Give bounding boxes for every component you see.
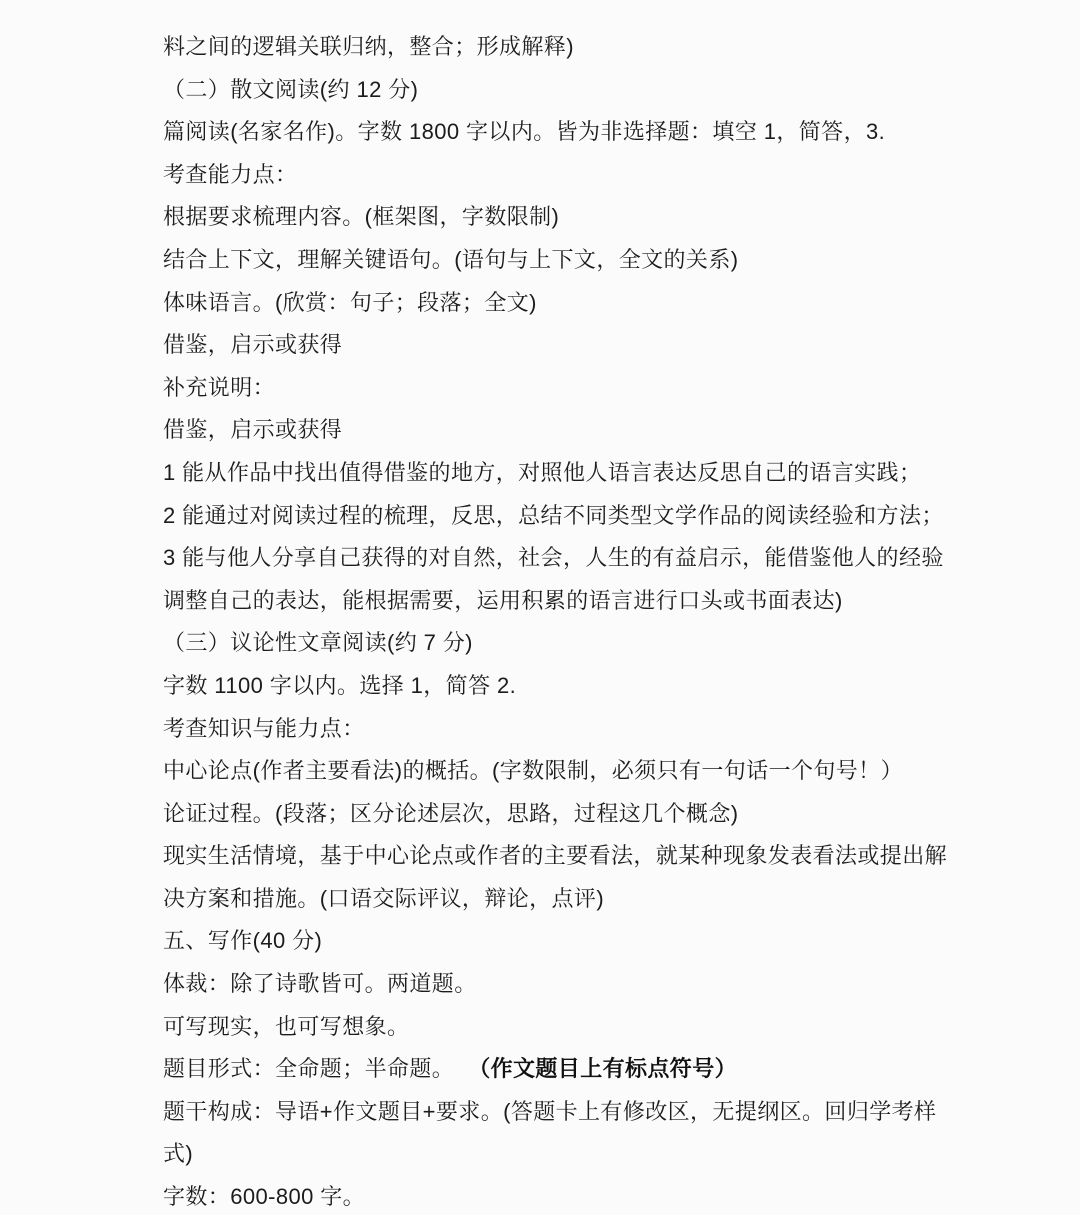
text-line: 篇阅读(名家名作)。字数 1800 字以内。皆为非选择题：填空 1，简答，3. [163, 111, 947, 154]
text-line: 式) [163, 1133, 947, 1176]
text-line: 论证过程。(段落；区分论述层次，思路，过程这几个概念) [163, 793, 947, 836]
line-text: 题目形式：全命题；半命题。 [163, 1056, 454, 1081]
line-text: 调整自己的表达，能根据需要，运用积累的语言进行口头或书面表达) [163, 588, 843, 613]
document-text-block: 料之间的逻辑关联归纳，整合；形成解释)（二）散文阅读(约 12 分)篇阅读(名家… [163, 26, 947, 1215]
line-text: 现实生活情境，基于中心论点或作者的主要看法，就某种现象发表看法或提出解 [163, 843, 947, 868]
text-line: 体裁：除了诗歌皆可。两道题。 [163, 963, 947, 1006]
text-line: 根据要求梳理内容。(框架图，字数限制) [163, 196, 947, 239]
text-line: 补充说明： [163, 367, 947, 410]
text-line: 考查能力点： [163, 154, 947, 197]
document-page: 料之间的逻辑关联归纳，整合；形成解释)（二）散文阅读(约 12 分)篇阅读(名家… [0, 0, 1080, 1215]
line-text: 式) [163, 1141, 193, 1166]
line-text: 篇阅读(名家名作)。字数 1800 字以内。皆为非选择题：填空 1，简答，3. [163, 119, 885, 144]
text-line: 料之间的逻辑关联归纳，整合；形成解释) [163, 26, 947, 69]
line-text: 考查能力点： [163, 162, 297, 187]
line-text: 决方案和措施。(口语交际评议，辩论，点评) [163, 886, 604, 911]
text-line: 现实生活情境，基于中心论点或作者的主要看法，就某种现象发表看法或提出解 [163, 835, 947, 878]
text-line: 体味语言。(欣赏：句子；段落；全文) [163, 282, 947, 325]
line-text: 论证过程。(段落；区分论述层次，思路，过程这几个概念) [163, 801, 738, 826]
text-line: 1 能从作品中找出值得借鉴的地方，对照他人语言表达反思自己的语言实践； [163, 452, 947, 495]
line-text: 考查知识与能力点： [163, 716, 365, 741]
line-text: 2 能通过对阅读过程的梳理，反思，总结不同类型文学作品的阅读经验和方法； [163, 503, 944, 528]
text-line: 2 能通过对阅读过程的梳理，反思，总结不同类型文学作品的阅读经验和方法； [163, 495, 947, 538]
text-line: 中心论点(作者主要看法)的概括。(字数限制，必须只有一句话一个句号！） [163, 750, 947, 793]
line-text: 五、写作(40 分) [163, 928, 322, 953]
text-line: 题目形式：全命题；半命题。（作文题目上有标点符号） [163, 1048, 947, 1091]
line-text: （三）议论性文章阅读(约 7 分) [163, 630, 473, 655]
line-text: 料之间的逻辑关联归纳，整合；形成解释) [163, 34, 574, 59]
text-line: （三）议论性文章阅读(约 7 分) [163, 622, 947, 665]
line-text: 借鉴，启示或获得 [163, 332, 342, 357]
text-line: 借鉴，启示或获得 [163, 324, 947, 367]
line-text: 补充说明： [163, 375, 275, 400]
text-line: 可写现实，也可写想象。 [163, 1006, 947, 1049]
line-text: 借鉴，启示或获得 [163, 417, 342, 442]
line-text: 结合上下文，理解关键语句。(语句与上下文，全文的关系) [163, 247, 738, 272]
line-text: 可写现实，也可写想象。 [163, 1014, 409, 1039]
text-line: 字数 1100 字以内。选择 1，简答 2. [163, 665, 947, 708]
text-line: 考查知识与能力点： [163, 708, 947, 751]
text-line: 调整自己的表达，能根据需要，运用积累的语言进行口头或书面表达) [163, 580, 947, 623]
line-text: 字数：600-800 字。 [163, 1184, 365, 1209]
line-text: 3 能与他人分享自己获得的对自然，社会，人生的有益启示，能借鉴他人的经验 [163, 545, 944, 570]
text-line: 3 能与他人分享自己获得的对自然，社会，人生的有益启示，能借鉴他人的经验 [163, 537, 947, 580]
line-text: 字数 1100 字以内。选择 1，简答 2. [163, 673, 516, 698]
line-text: 根据要求梳理内容。(框架图，字数限制) [163, 204, 559, 229]
line-text: （二）散文阅读(约 12 分) [163, 77, 418, 102]
line-text-bold: （作文题目上有标点符号） [468, 1056, 737, 1081]
line-text: 体裁：除了诗歌皆可。两道题。 [163, 971, 477, 996]
line-text: 题干构成：导语+作文题目+要求。(答题卡上有修改区，无提纲区。回归学考样 [163, 1099, 936, 1124]
text-line: 五、写作(40 分) [163, 920, 947, 963]
line-text: 体味语言。(欣赏：句子；段落；全文) [163, 290, 537, 315]
text-line: 决方案和措施。(口语交际评议，辩论，点评) [163, 878, 947, 921]
text-line: （二）散文阅读(约 12 分) [163, 69, 947, 112]
line-text: 1 能从作品中找出值得借鉴的地方，对照他人语言表达反思自己的语言实践； [163, 460, 921, 485]
text-line: 结合上下文，理解关键语句。(语句与上下文，全文的关系) [163, 239, 947, 282]
line-text: 中心论点(作者主要看法)的概括。(字数限制，必须只有一句话一个句号！） [163, 758, 903, 783]
text-line: 字数：600-800 字。 [163, 1176, 947, 1215]
text-line: 借鉴，启示或获得 [163, 409, 947, 452]
text-line: 题干构成：导语+作文题目+要求。(答题卡上有修改区，无提纲区。回归学考样 [163, 1091, 947, 1134]
